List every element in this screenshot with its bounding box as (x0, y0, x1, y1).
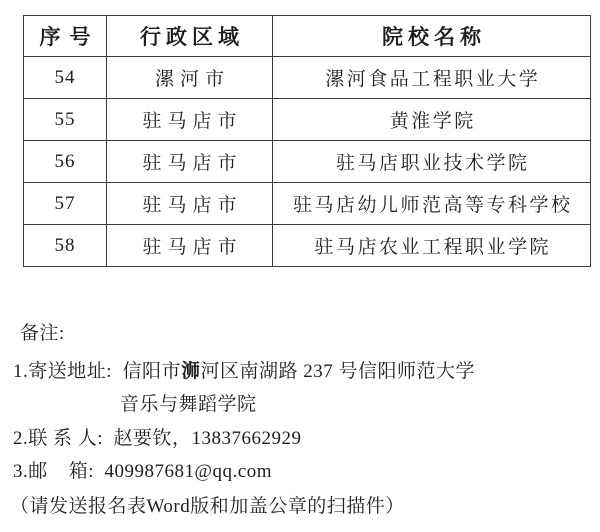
region-cell: 驻马店市 (107, 141, 273, 183)
address-prefix: 1.寄送地址: 信阳市 (13, 361, 181, 382)
row-no-cell: 55 (24, 99, 107, 141)
header-cell-region: 行政区域 (107, 16, 273, 57)
note-address-line2: 音乐与舞蹈学院 (120, 393, 257, 417)
row-no-cell: 56 (24, 141, 107, 183)
note-email: 3.邮 箱: 409987681@qq.com (13, 460, 272, 484)
school-cell: 驻马店职业技术学院 (273, 141, 591, 183)
note-mailing-address: 1.寄送地址: 信阳市浉河区南湖路 237 号信阳师范大学 (13, 360, 475, 384)
region-cell: 漯河市 (107, 57, 273, 99)
table-row: 58 驻马店市 驻马店农业工程职业学院 (24, 225, 591, 267)
row-no-cell: 57 (24, 183, 107, 225)
table-row: 54 漯河市 漯河食品工程职业大学 (24, 57, 591, 99)
table-row: 56 驻马店市 驻马店职业技术学院 (24, 141, 591, 183)
school-roster-table: 序号 行政区域 院校名称 54 漯河市 漯河食品工程职业大学 55 驻马店市 黄… (23, 15, 591, 267)
school-cell: 驻马店农业工程职业学院 (273, 225, 591, 267)
region-cell: 驻马店市 (107, 183, 273, 225)
header-cell-school: 院校名称 (273, 16, 591, 57)
row-no-cell: 54 (24, 57, 107, 99)
table-row: 55 驻马店市 黄淮学院 (24, 99, 591, 141)
note-contact-person: 2.联 系 人: 赵要钦，13837662929 (13, 427, 302, 451)
document-page: 序号 行政区域 院校名称 54 漯河市 漯河食品工程职业大学 55 驻马店市 黄… (0, 0, 600, 532)
address-suffix: 河区南湖路 237 号信阳师范大学 (201, 361, 476, 382)
school-cell: 漯河食品工程职业大学 (273, 57, 591, 99)
header-cell-no: 序号 (24, 16, 107, 57)
notes-title: 备注: (20, 322, 65, 346)
rare-character-shi: 浉 (181, 361, 201, 382)
note-remark: （请发送报名表Word版和加盖公章的扫描件） (10, 495, 405, 519)
region-cell: 驻马店市 (107, 99, 273, 141)
table-header-row: 序号 行政区域 院校名称 (24, 16, 591, 57)
region-cell: 驻马店市 (107, 225, 273, 267)
school-cell: 黄淮学院 (273, 99, 591, 141)
row-no-cell: 58 (24, 225, 107, 267)
school-cell: 驻马店幼儿师范高等专科学校 (273, 183, 591, 225)
table-row: 57 驻马店市 驻马店幼儿师范高等专科学校 (24, 183, 591, 225)
